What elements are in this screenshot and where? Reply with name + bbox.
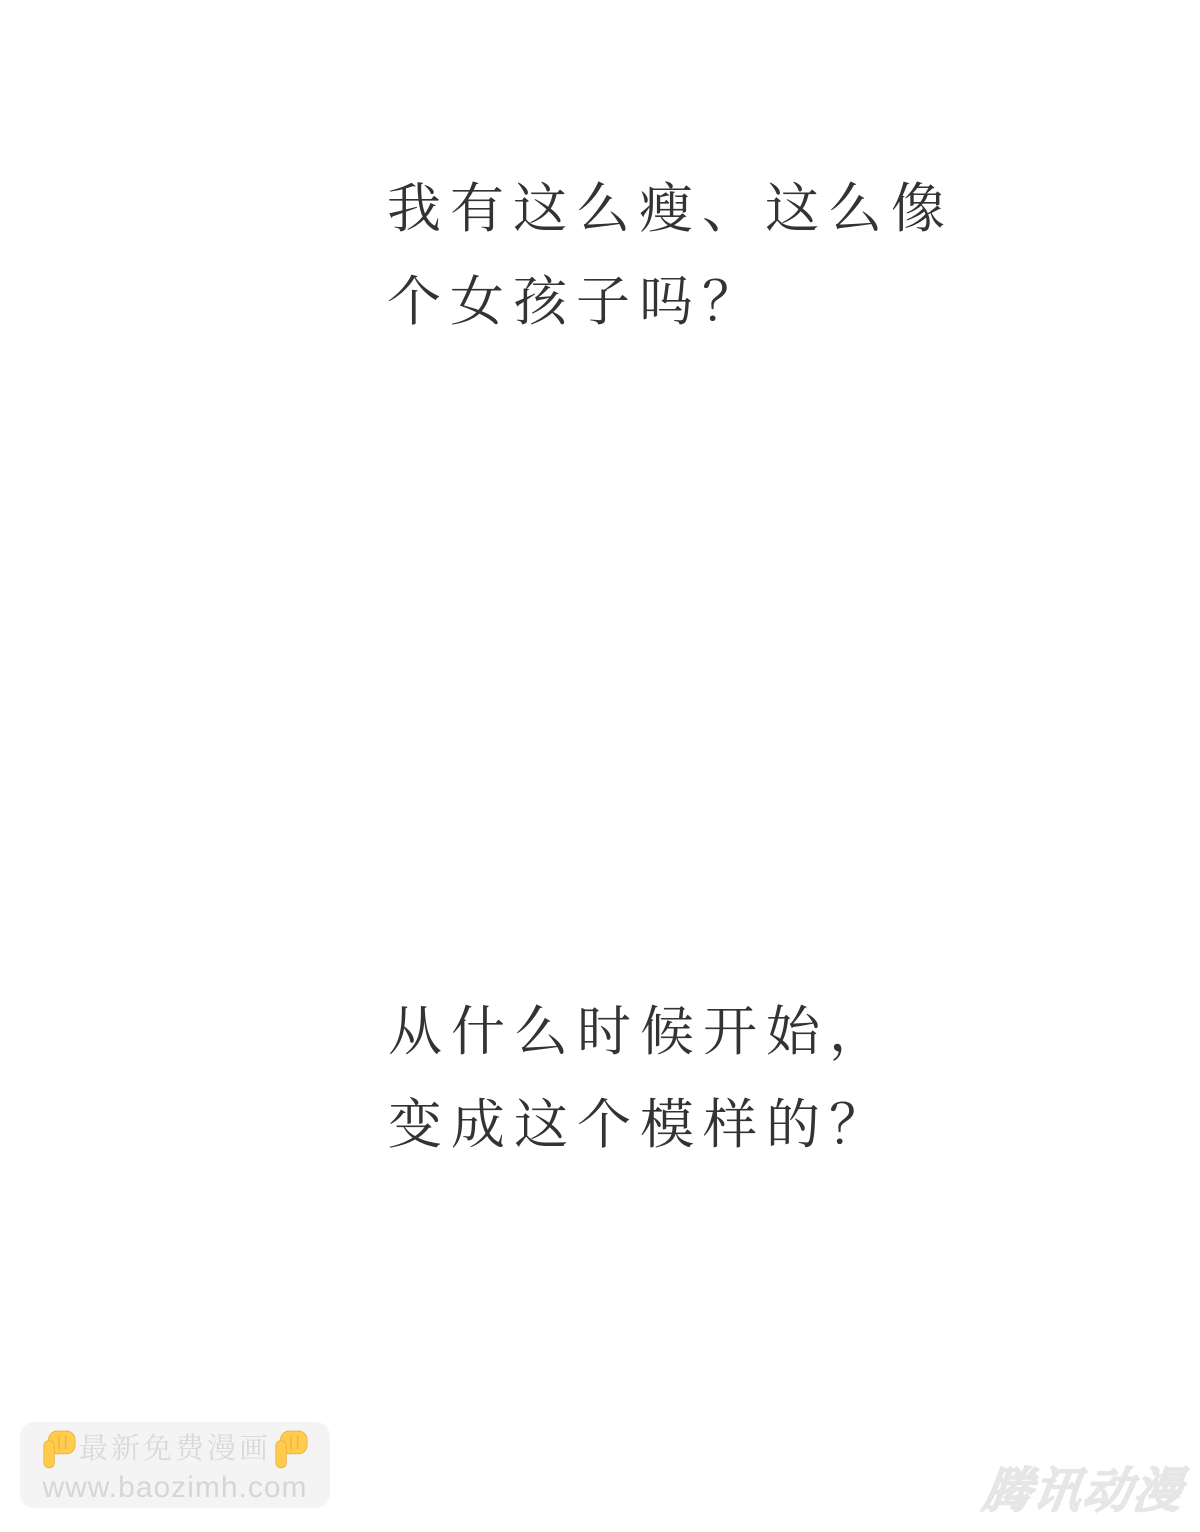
pointing-down-icon <box>42 1430 76 1470</box>
speech-text-block-2: 从什么时候开始， 变成这个模样的？ <box>388 986 892 1172</box>
pointing-down-icon <box>274 1430 308 1470</box>
speech-text-block-1: 我有这么瘦、这么像 个女孩子吗？ <box>387 163 954 349</box>
watermark-promo-text: 最新免费漫画 <box>79 1435 271 1464</box>
watermark-url: www.baozimh.com <box>42 1473 307 1503</box>
speech-line: 变成这个模样的？ <box>388 1079 892 1172</box>
speech-line: 个女孩子吗？ <box>387 256 954 349</box>
speech-line: 我有这么瘦、这么像 <box>387 163 954 256</box>
comic-page: 我有这么瘦、这么像 个女孩子吗？ 从什么时候开始， 变成这个模样的？ 最新免费漫… <box>0 0 1200 1532</box>
tencent-comics-logo: 腾讯动漫 <box>979 1452 1189 1521</box>
speech-line: 从什么时候开始， <box>388 986 892 1079</box>
watermark-promo-row: 最新免费漫画 <box>42 1430 308 1470</box>
watermark-box: 最新免费漫画 www.baozimh.com <box>20 1422 330 1508</box>
